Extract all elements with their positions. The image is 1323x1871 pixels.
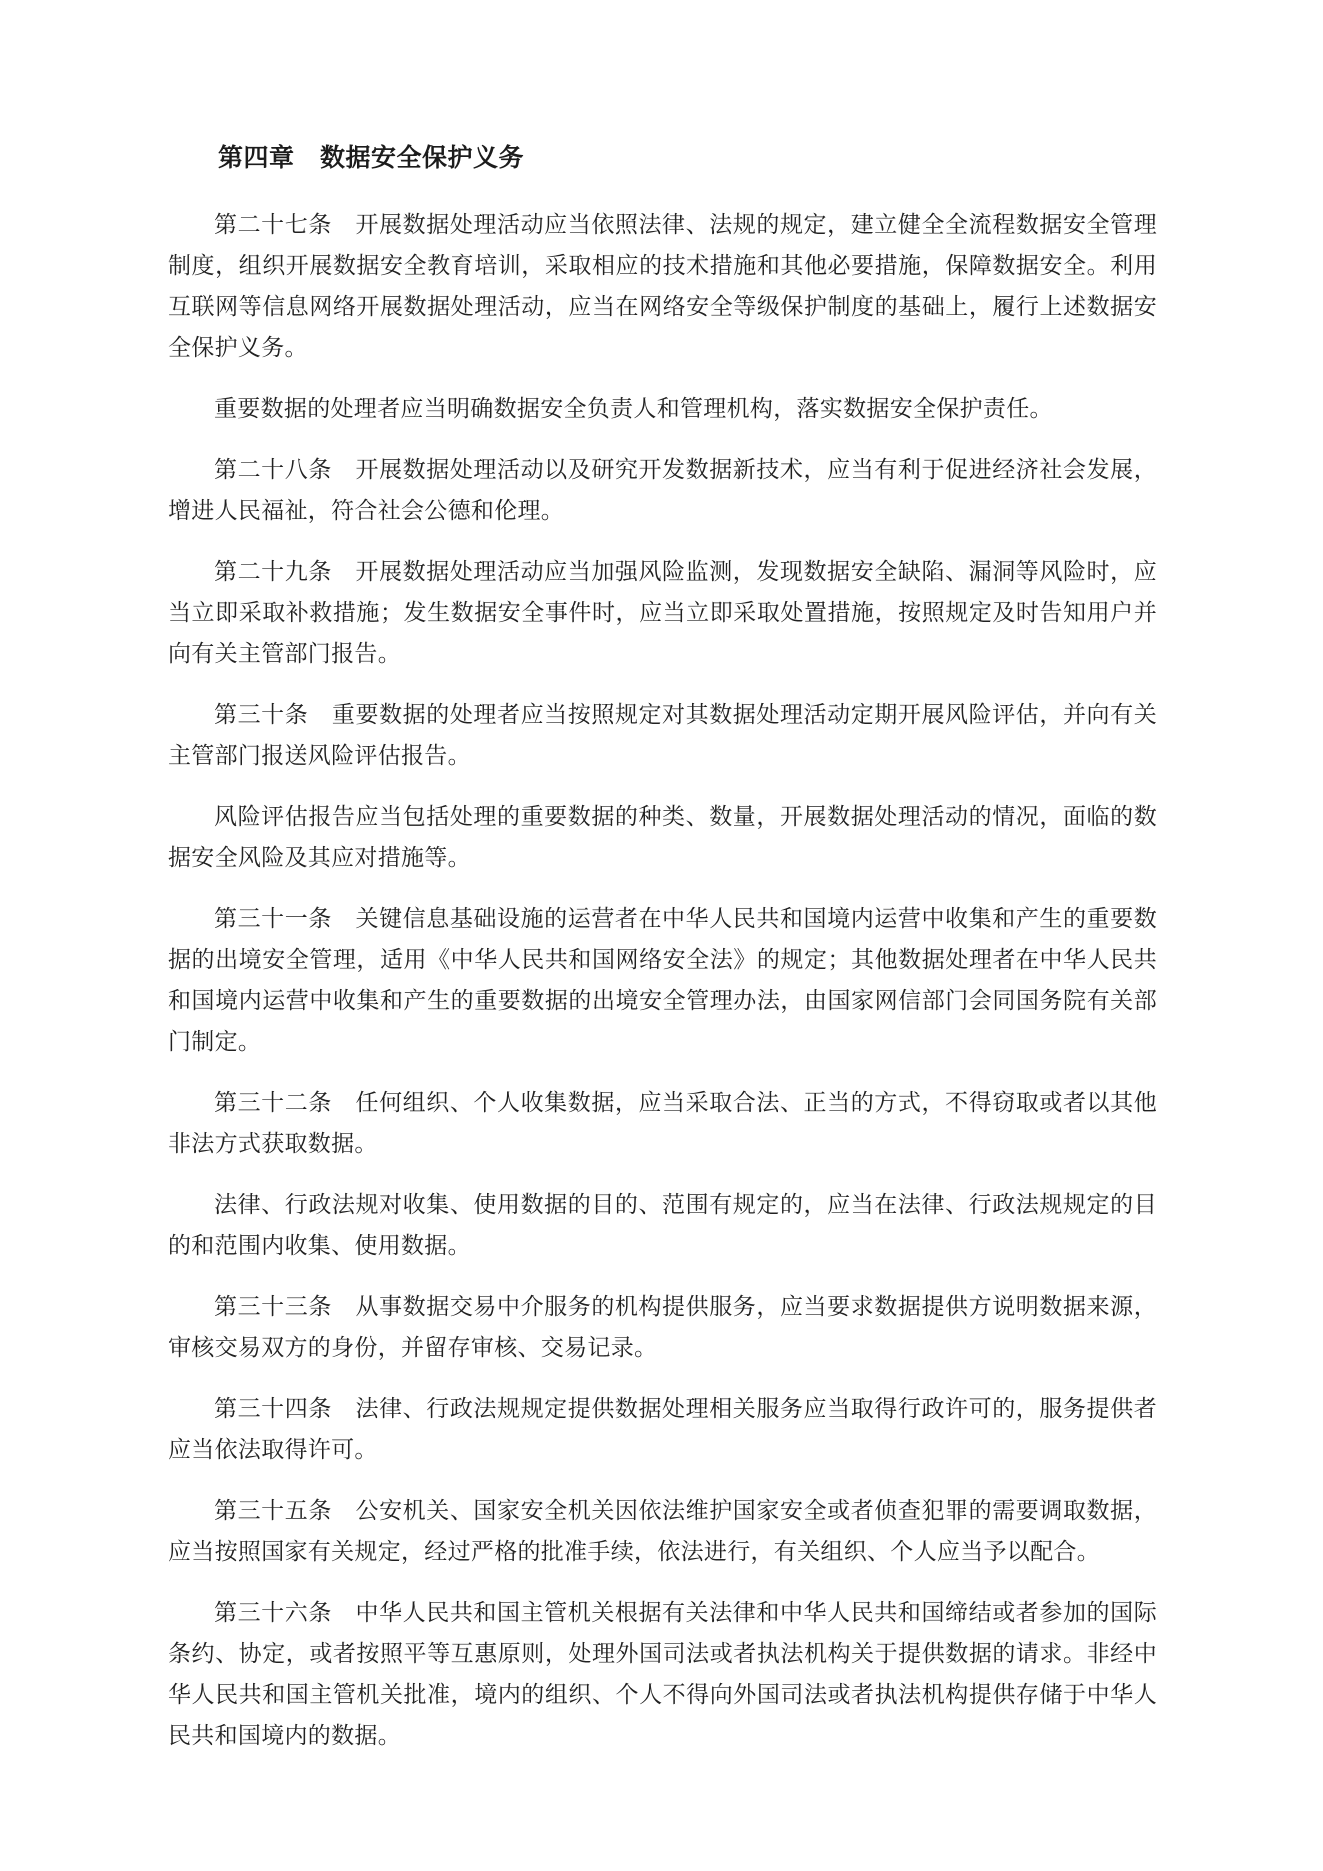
paragraph-article-33: 第三十三条 从事数据交易中介服务的机构提供服务，应当要求数据提供方说明数据来源，… (168, 1286, 1157, 1368)
paragraph-article-31: 第三十一条 关键信息基础设施的运营者在中华人民共和国境内运营中收集和产生的重要数… (168, 898, 1157, 1062)
paragraph-article-35: 第三十五条 公安机关、国家安全机关因依法维护国家安全或者侦查犯罪的需要调取数据，… (168, 1490, 1157, 1572)
chapter-heading: 第四章 数据安全保护义务 (168, 138, 1157, 178)
paragraph-article-30-continued: 风险评估报告应当包括处理的重要数据的种类、数量，开展数据处理活动的情况，面临的数… (168, 796, 1157, 878)
paragraph-article-32-continued: 法律、行政法规对收集、使用数据的目的、范围有规定的，应当在法律、行政法规规定的目… (168, 1184, 1157, 1266)
law-text-body: 第二十七条 开展数据处理活动应当依照法律、法规的规定，建立健全全流程数据安全管理… (168, 204, 1157, 1756)
paragraph-article-32: 第三十二条 任何组织、个人收集数据，应当采取合法、正当的方式，不得窃取或者以其他… (168, 1082, 1157, 1164)
paragraph-article-36: 第三十六条 中华人民共和国主管机关根据有关法律和中华人民共和国缔结或者参加的国际… (168, 1592, 1157, 1756)
paragraph-article-28: 第二十八条 开展数据处理活动以及研究开发数据新技术，应当有利于促进经济社会发展，… (168, 449, 1157, 531)
paragraph-article-27-continued: 重要数据的处理者应当明确数据安全负责人和管理机构，落实数据安全保护责任。 (168, 388, 1157, 429)
paragraph-article-29: 第二十九条 开展数据处理活动应当加强风险监测，发现数据安全缺陷、漏洞等风险时，应… (168, 551, 1157, 674)
paragraph-article-34: 第三十四条 法律、行政法规规定提供数据处理相关服务应当取得行政许可的，服务提供者… (168, 1388, 1157, 1470)
paragraph-article-30: 第三十条 重要数据的处理者应当按照规定对其数据处理活动定期开展风险评估，并向有关… (168, 694, 1157, 776)
paragraph-article-27: 第二十七条 开展数据处理活动应当依照法律、法规的规定，建立健全全流程数据安全管理… (168, 204, 1157, 368)
document-page: 第四章 数据安全保护义务 第二十七条 开展数据处理活动应当依照法律、法规的规定，… (0, 0, 1323, 1871)
